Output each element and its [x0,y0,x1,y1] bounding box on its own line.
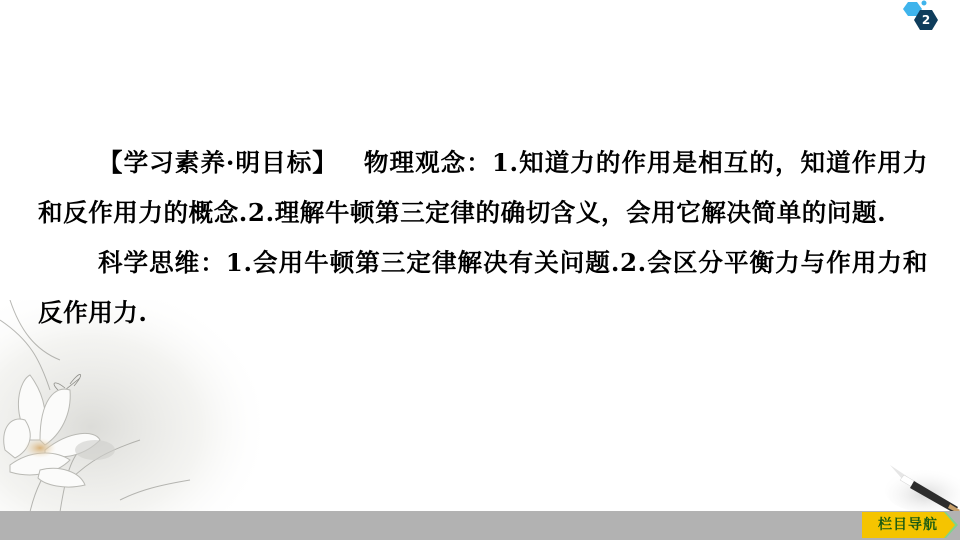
column-navigation-button[interactable]: 栏目导航 [862,512,958,538]
slide-content: 【学习素养·明目标】物理观念：1.知道力的作用是相互的，知道作用力和反作用力的概… [38,138,928,338]
section-heading-tag: 【学习素养·明目标】 [98,148,338,177]
page-number: 2 [915,9,937,31]
slide: 2 【学习素养·明目标】物理观念：1.知道力的作用是相互的，知道作用力和反作用力… [0,0,960,540]
bottom-bar [0,511,960,540]
column-navigation-label: 栏目导航 [868,512,948,538]
brush-pen-illustration [880,455,960,513]
learning-objectives-paragraph: 【学习素养·明目标】物理观念：1.知道力的作用是相互的，知道作用力和反作用力的概… [38,138,928,238]
scientific-thinking-paragraph: 科学思维：1.会用牛顿第三定律解决有关问题.2.会区分平衡力与作用力和反作用力. [38,238,928,338]
